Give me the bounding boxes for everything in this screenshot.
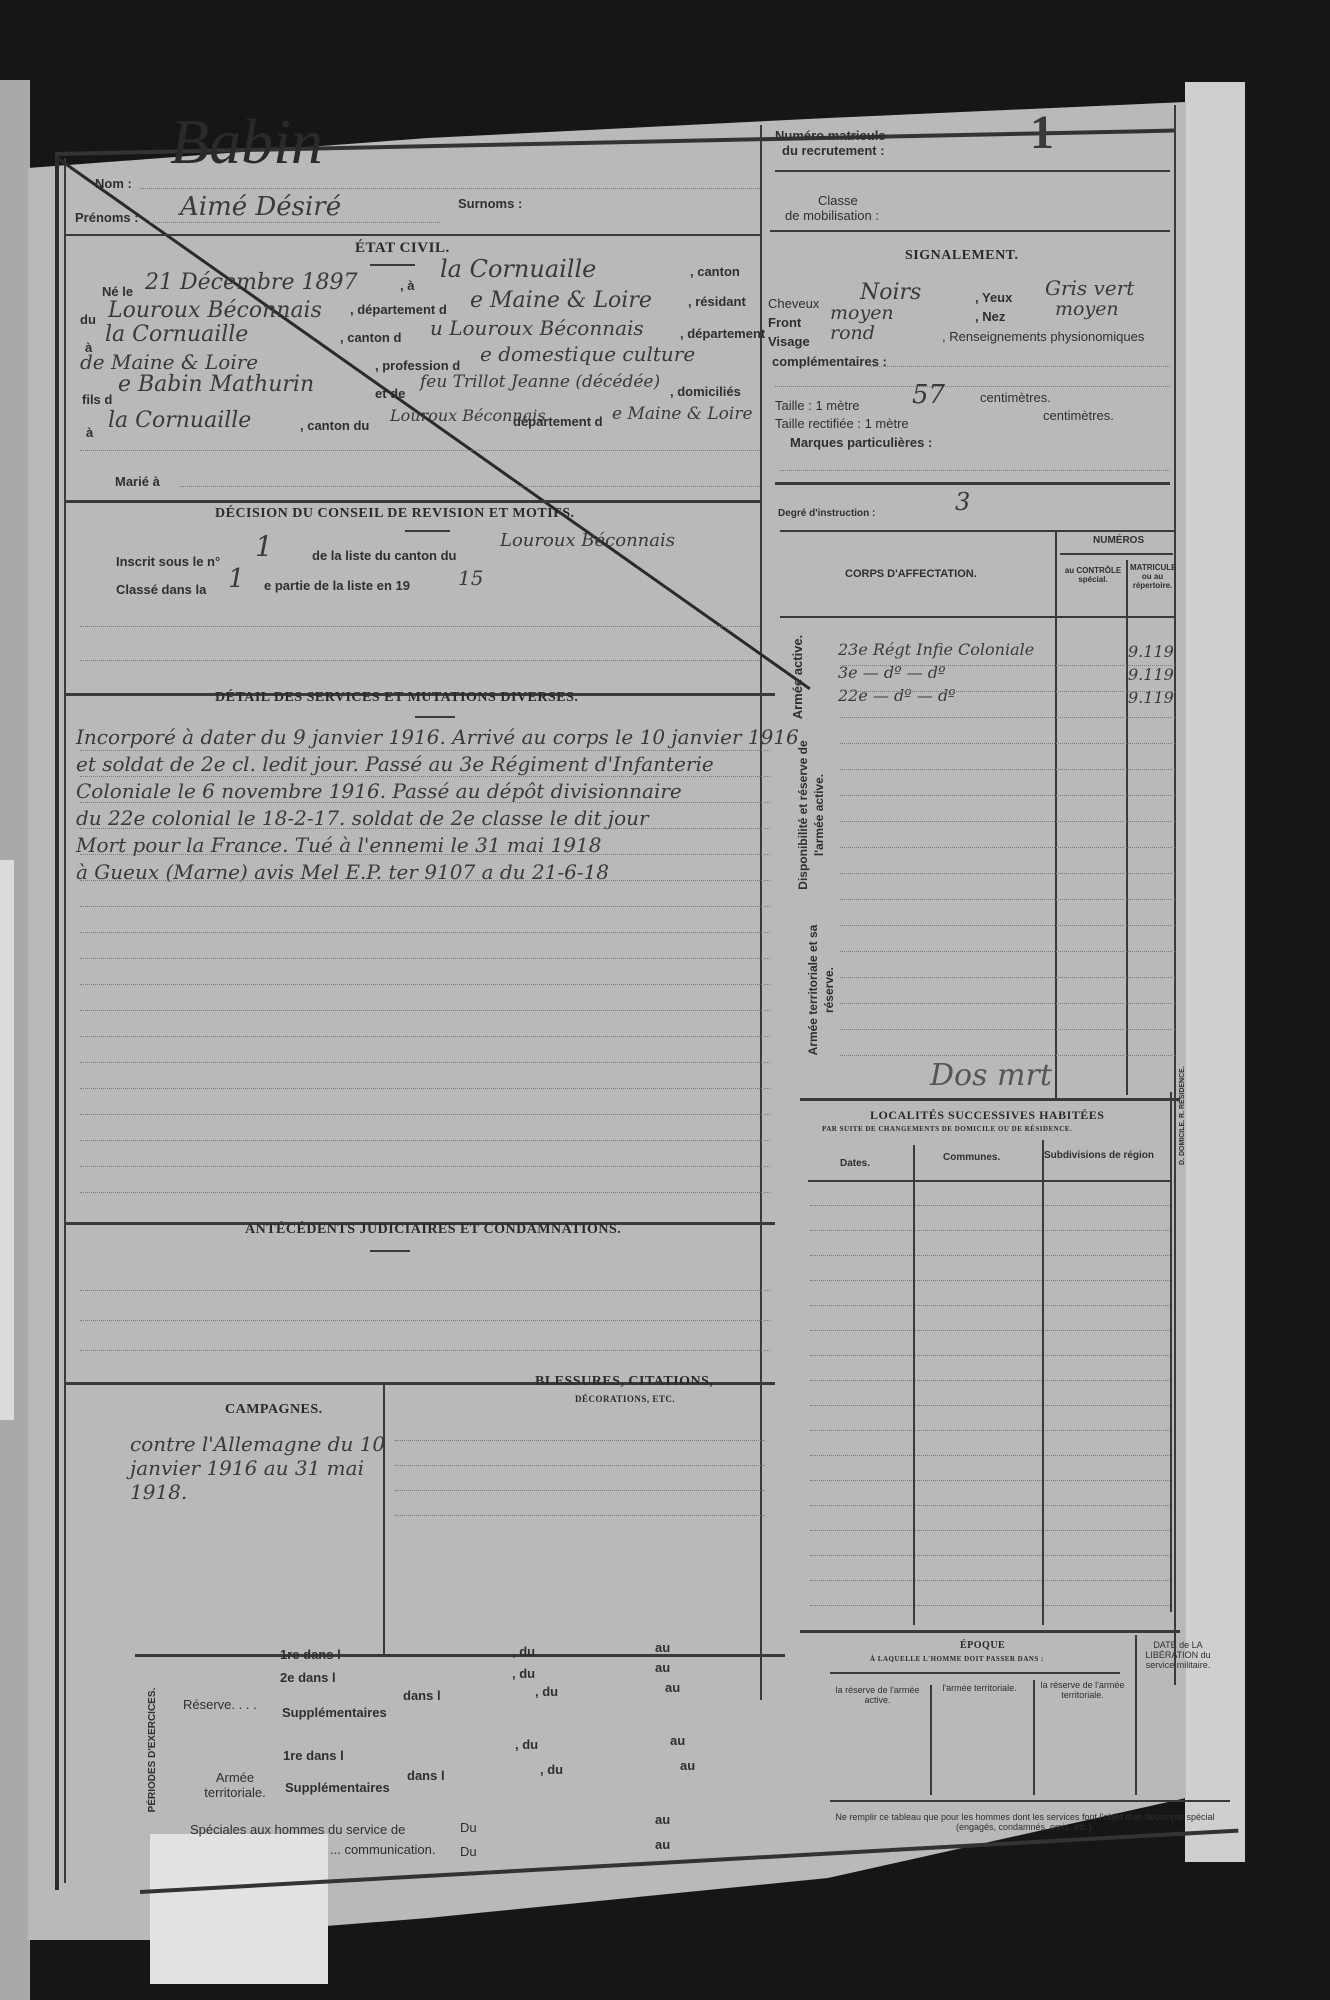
au-1: au: [655, 1640, 670, 1655]
ruled-line: [840, 743, 1175, 744]
ruled-line: [810, 1405, 1170, 1406]
ruled-line: [810, 1430, 1170, 1431]
corps-row-matricule: 9.119: [1128, 665, 1174, 684]
nez-label: , Nez: [975, 309, 1005, 324]
col-matricule: MATRICULE ou au répertoire.: [1130, 563, 1175, 590]
epoque-underline: [830, 1672, 1120, 1674]
services-title: DÉTAIL DES SERVICES ET MUTATIONS DIVERSE…: [215, 690, 578, 706]
ruled-line: [840, 665, 1175, 666]
epoque-col1: la réserve de l'armée active.: [830, 1685, 925, 1705]
ruled-line: [80, 802, 770, 803]
visage-value: rond: [830, 322, 875, 344]
services-line: et soldat de 2e cl. ledit jour. Passé au…: [76, 752, 714, 776]
du-3: , du: [535, 1684, 558, 1699]
matricule-value: 1: [1030, 105, 1054, 160]
yeux-label: , Yeux: [975, 290, 1012, 305]
blank-line: [775, 386, 1170, 387]
departement-label: , département d: [350, 302, 447, 317]
services-line: du 22e colonial le 18-2-17. soldat de 2e…: [76, 806, 649, 830]
paper-patch: [150, 1834, 328, 1984]
epoque-div2: [1033, 1680, 1035, 1795]
taille-rectifiee-label: Taille rectifiée : 1 mètre: [775, 416, 909, 431]
territoriale-1re-label: 1re dans l: [283, 1748, 344, 1763]
ruled-line: [840, 821, 1175, 822]
blank-line: [80, 450, 760, 451]
corps-row-name: 23e Régt Infie Coloniale: [838, 640, 1034, 659]
mother-label: et de: [375, 386, 405, 401]
scan-right-paper-edge: [1185, 82, 1245, 1862]
campagnes-line: 1918.: [130, 1480, 187, 1504]
column-divider: [760, 125, 762, 1700]
residant-label: , résidant: [688, 294, 746, 309]
col-subdivisions: Subdivisions de région: [1044, 1150, 1154, 1161]
blank-line: [395, 1515, 765, 1516]
col-dr: D. DOMICILE. R. RÉSIDENCE.: [1175, 1085, 1191, 1165]
classe-mob-label-2: de mobilisation :: [785, 208, 879, 223]
ruled-line: [80, 750, 770, 751]
mother-value: feu Trillot Jeanne (décédée): [420, 372, 660, 392]
departement2-value: de Maine & Loire: [80, 350, 258, 374]
blessures-title: BLESSURES, CITATIONS,: [535, 1374, 713, 1390]
date-liberation-title: DATE de LA LIBÉRATION du service militai…: [1138, 1640, 1218, 1670]
complementaires-line: [870, 366, 1170, 367]
periodes-side-label: PÉRIODES D'EXERCICES.: [145, 1655, 161, 1845]
localites-title: LOCALITÉS SUCCESSIVES HABITÉES: [870, 1108, 1104, 1123]
left-border-inner: [64, 158, 66, 1883]
ruled-line: [810, 1230, 1170, 1231]
ruled-line: [80, 984, 770, 985]
left-border: [55, 155, 59, 1890]
classe-divider: [770, 230, 1170, 232]
campagnes-divider: [383, 1384, 385, 1654]
title-underline: [370, 264, 415, 266]
profession-value: e domestique culture: [480, 342, 695, 366]
front-value: moyen: [830, 302, 894, 324]
ruled-line: [840, 1003, 1175, 1004]
father-value: e Babin Mathurin: [118, 372, 314, 397]
matricule-label-2: du recrutement :: [782, 143, 885, 158]
marie-line: [180, 486, 760, 487]
reserve-2e-label: 2e dans l: [280, 1670, 336, 1685]
du-4: , du: [515, 1737, 538, 1752]
conseil-revision-title: DÉCISION DU CONSEIL DE REVISION ET MOTIF…: [215, 506, 575, 522]
disponibilite-label: Disponibilité et réserve de l'armée acti…: [795, 720, 827, 910]
degre-value: 3: [955, 488, 970, 516]
ruled-line: [810, 1380, 1170, 1381]
degre-divider: [780, 530, 1175, 532]
ruled-line: [840, 873, 1175, 874]
yeux-value: Gris vert: [1045, 276, 1134, 300]
marie-label: Marié à: [115, 474, 160, 489]
ruled-line: [80, 854, 770, 855]
territoriale-label: Armée territoriale.: [195, 1770, 275, 1800]
corps-title: CORPS D'AFFECTATION.: [845, 568, 977, 580]
identity-divider: [65, 234, 760, 236]
canton2-value: u Louroux Béconnais: [430, 316, 644, 340]
epoque-note: Ne remplir ce tableau que pour les homme…: [835, 1812, 1215, 1832]
renseignements-label: , Renseignements physionomiques: [942, 329, 1144, 344]
visage-label: Visage: [768, 334, 810, 349]
speciales-du-1: Du: [460, 1820, 477, 1835]
departement2-label: , département: [680, 326, 765, 341]
ruled-line: [810, 1205, 1170, 1206]
cheveux-label: Cheveux: [768, 296, 819, 311]
ruled-line: [810, 1605, 1170, 1606]
ruled-line: [80, 1088, 770, 1089]
au-3: au: [665, 1680, 680, 1695]
ruled-line: [840, 769, 1175, 770]
etat-civil-bottom-divider: [65, 500, 760, 503]
title-underline: [370, 1250, 410, 1252]
domicilies-label: , domiciliés: [670, 384, 741, 399]
col-dates: Dates.: [840, 1158, 870, 1169]
annee-value: 15: [458, 566, 483, 590]
marques-label: Marques particulières :: [790, 435, 932, 450]
epoque-title: ÉPOQUE: [960, 1640, 1005, 1651]
ruled-line: [810, 1480, 1170, 1481]
ruled-line: [80, 880, 770, 881]
degre-label: Degré d'instruction :: [778, 508, 875, 519]
conseil-canton-value: Louroux Béconnais: [500, 530, 675, 551]
taille-value: 57: [912, 380, 945, 410]
col-communes: Communes.: [943, 1152, 1000, 1163]
canton3-label: , canton du: [300, 418, 369, 433]
matricule-col-divider: [1126, 560, 1128, 1095]
ruled-line: [810, 1355, 1170, 1356]
au-5: au: [680, 1758, 695, 1773]
du-2: , du: [512, 1666, 535, 1681]
ruled-line: [80, 1192, 770, 1193]
ruled-line: [80, 828, 770, 829]
departement3-value: e Maine & Loire: [612, 404, 753, 424]
scan-left-white-edge: [0, 860, 14, 1420]
du-1: , du: [512, 1644, 535, 1659]
ruled-line: [810, 1455, 1170, 1456]
domicile-prefix: à: [86, 425, 93, 440]
blessures-subtitle: DÉCORATIONS, ETC.: [575, 1394, 675, 1404]
au-4: au: [670, 1733, 685, 1748]
ruled-line: [840, 977, 1175, 978]
ruled-line: [810, 1280, 1170, 1281]
ruled-line: [840, 899, 1175, 900]
annotation-signature: Dos mrt: [930, 1058, 1052, 1093]
ruled-line: [80, 1114, 770, 1115]
services-line: Coloniale le 6 novembre 1916. Passé au d…: [76, 779, 682, 803]
localites-bottom-divider: [800, 1630, 1180, 1633]
title-underline: [415, 716, 455, 718]
nom-label: Nom :: [95, 176, 132, 191]
epoque-div3: [1135, 1635, 1137, 1795]
ruled-line: [810, 1555, 1170, 1556]
centimetres2-label: centimètres.: [1043, 408, 1114, 423]
du-5: , du: [540, 1762, 563, 1777]
nom-line: [140, 188, 760, 189]
partie-label: e partie de la liste en 19: [264, 578, 410, 593]
signalement-title: SIGNALEMENT.: [905, 248, 1018, 264]
surnoms-label: Surnoms :: [458, 196, 522, 211]
classe-value: 1: [228, 564, 245, 594]
birth-date-value: 21 Décembre 1897: [145, 270, 357, 295]
ruled-line: [80, 958, 770, 959]
periodes-top-divider: [135, 1654, 785, 1657]
canton-value: Louroux Béconnais: [108, 298, 322, 323]
dr-divider: [1170, 1092, 1172, 1612]
reserve-suppl-label: Supplémentaires: [282, 1705, 387, 1720]
blank-line: [80, 660, 760, 661]
matricule-divider: [775, 170, 1170, 172]
campagnes-title: CAMPAGNES.: [225, 1402, 323, 1418]
services-line: Incorporé à dater du 9 janvier 1916. Arr…: [76, 725, 799, 749]
ruled-line: [80, 1036, 770, 1037]
departement3-label: département d: [513, 414, 603, 429]
epoque-div1: [930, 1685, 932, 1795]
ruled-line: [80, 1140, 770, 1141]
fils-label: fils d: [82, 392, 112, 407]
taille-label: Taille : 1 mètre: [775, 398, 860, 413]
prenoms-line: [150, 222, 440, 223]
corps-header-divider: [780, 616, 1175, 618]
ruled-line: [840, 717, 1175, 718]
signalement-bottom-divider: [775, 482, 1170, 485]
localites-subtitle: PAR SUITE DE CHANGEMENTS DE DOMICILE OU …: [822, 1125, 1072, 1133]
departement-value: e Maine & Loire: [470, 288, 652, 313]
localites-header-divider: [808, 1180, 1170, 1182]
ruled-line: [840, 847, 1175, 848]
blank-line: [80, 1320, 770, 1321]
speciales-label-2: ... communication.: [330, 1842, 436, 1857]
residence-value: la Cornuaille: [105, 322, 248, 347]
ruled-line: [80, 776, 770, 777]
ruled-line: [810, 1530, 1170, 1531]
armee-active-label: Armée active.: [790, 632, 806, 722]
ne-le-label: Né le: [102, 284, 133, 299]
prenoms-value: Aimé Désiré: [180, 192, 341, 222]
centimetres-label: centimètres.: [980, 390, 1051, 405]
reserve-1re-label: 1re dans l: [280, 1647, 341, 1662]
right-border: [1174, 105, 1176, 1685]
speciales-label: Spéciales aux hommes du service de: [190, 1822, 405, 1837]
territoriale-suppl-label: Supplémentaires: [285, 1780, 390, 1795]
canton-label: , canton: [690, 264, 740, 279]
a-label: , à: [400, 278, 414, 293]
epoque-subtitle: À LAQUELLE L'HOMME DOIT PASSER DANS :: [870, 1655, 1044, 1663]
blank-line: [780, 470, 1170, 471]
nom-value: Babin: [170, 105, 323, 179]
ruled-line: [80, 932, 770, 933]
epoque-col2: l'armée territoriale.: [932, 1683, 1027, 1693]
birth-place-value: la Cornuaille: [440, 255, 596, 283]
antecedents-title: ANTÉCÉDENTS JUDICIAIRES ET CONDAMNATIONS…: [245, 1222, 621, 1238]
profession-label: , profession d: [375, 358, 460, 373]
ruled-line: [840, 795, 1175, 796]
ruled-line: [840, 951, 1175, 952]
numeros-underline: [1060, 553, 1173, 555]
au-2: au: [655, 1660, 670, 1675]
reserve-suppl-dans: dans l: [403, 1688, 441, 1703]
ruled-line: [810, 1330, 1170, 1331]
liste-label: de la liste du canton du: [312, 548, 456, 563]
epoque-bottom-divider: [830, 1800, 1230, 1802]
blank-line: [80, 1290, 770, 1291]
territoriale-suppl-dans: dans l: [407, 1768, 445, 1783]
reserve-label: Réserve. . . .: [183, 1697, 257, 1712]
numeros-title: NUMÉROS: [1093, 535, 1144, 546]
ruled-line: [840, 1055, 1175, 1056]
canton2-label: , canton d: [340, 330, 401, 345]
dates-divider: [913, 1145, 915, 1625]
canton-prefix: du: [80, 312, 96, 327]
prenoms-label: Prénoms :: [75, 210, 139, 225]
campagnes-line: contre l'Allemagne du 10: [130, 1432, 385, 1456]
blank-line: [80, 626, 760, 627]
ruled-line: [80, 1062, 770, 1063]
ruled-line: [80, 1166, 770, 1167]
blank-line: [80, 1350, 770, 1351]
ruled-line: [810, 1255, 1170, 1256]
inscrit-value: 1: [255, 530, 273, 563]
corps-row-matricule: 9.119: [1128, 642, 1174, 661]
blank-line: [395, 1465, 765, 1466]
title-underline: [405, 530, 450, 532]
communes-divider: [1042, 1140, 1044, 1625]
nez-value: moyen: [1055, 298, 1119, 320]
au-6: au: [655, 1812, 670, 1827]
ruled-line: [810, 1305, 1170, 1306]
territoriale-reserve-label: Armée territoriale et sa réserve.: [805, 920, 837, 1060]
blank-line: [395, 1440, 765, 1441]
speciales-du-2: Du: [460, 1844, 477, 1859]
epoque-col3: la réserve de l'armée territoriale.: [1035, 1680, 1130, 1700]
ruled-line: [840, 925, 1175, 926]
au-7: au: [655, 1837, 670, 1852]
ruled-line: [840, 691, 1175, 692]
front-label: Front: [768, 315, 801, 330]
classe-label: Classé dans la: [116, 582, 206, 597]
ruled-line: [840, 1029, 1175, 1030]
ruled-line: [810, 1505, 1170, 1506]
corps-row-name: 22e — dº — dº: [838, 686, 956, 705]
classe-mob-label-1: Classe: [818, 193, 858, 208]
col-controle: au CONTRÔLE spécial.: [1063, 566, 1123, 584]
ruled-line: [810, 1580, 1170, 1581]
campagnes-line: janvier 1916 au 31 mai: [130, 1456, 364, 1480]
corps-bottom-divider: [800, 1098, 1180, 1101]
matricule-label-1: Numéro matricule: [775, 128, 886, 143]
domicile-value: la Cornuaille: [108, 408, 251, 433]
etat-civil-title: ÉTAT CIVIL.: [355, 240, 450, 257]
ruled-line: [80, 1010, 770, 1011]
blank-line: [395, 1490, 765, 1491]
inscrit-label: Inscrit sous le n°: [116, 554, 220, 569]
ruled-line: [80, 906, 770, 907]
